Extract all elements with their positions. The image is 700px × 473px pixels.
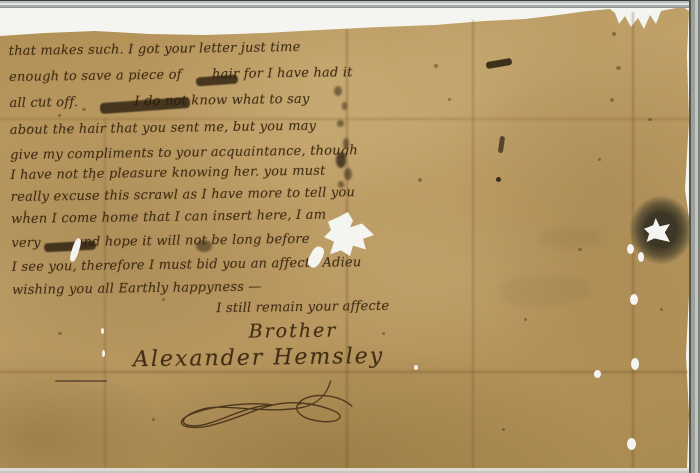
- fold-line-vertical-right-inner: [472, 20, 474, 468]
- scanner-edge-top: [0, 0, 700, 8]
- signature-flourish: [161, 378, 363, 434]
- scanner-edge-right: [689, 0, 700, 473]
- closing-relation: Brother: [249, 319, 338, 342]
- closing-line: I still remain your affecte: [216, 299, 389, 316]
- letter-line: enough to save a piece of hair for I hav…: [9, 65, 353, 85]
- letter-line: wishing you all Earthly happyness —: [12, 279, 262, 297]
- paper-speck: [434, 64, 438, 68]
- paper-hole-small: [638, 252, 644, 262]
- letter-line: about the hair that you sent me, but you…: [10, 119, 317, 138]
- paper-speck: [616, 66, 621, 70]
- letter-line: when I come home that I can insert here,…: [11, 208, 326, 227]
- paper-speck: [610, 98, 614, 102]
- paper-hole-small: [630, 294, 638, 305]
- paper-speck: [418, 178, 422, 182]
- bleed-through-ghost: [540, 228, 600, 248]
- paper-hole-small: [627, 438, 636, 450]
- scan-bed-bottom-strip: [0, 468, 700, 473]
- letter-line: that makes such. I got your letter just …: [9, 40, 301, 59]
- paper-speck: [660, 308, 663, 311]
- paper-speck: [578, 248, 582, 251]
- paper-hole-small: [414, 365, 418, 370]
- paper-hole-small: [631, 358, 639, 370]
- debris-mark: [496, 177, 501, 182]
- document-scan: that makes such. I got your letter just …: [0, 0, 700, 473]
- letter-line: give my compliments to your acquaintance…: [10, 143, 358, 163]
- paper-speck: [648, 118, 652, 121]
- letter-line: really excuse this scrawl as I have more…: [11, 185, 356, 205]
- paper-speck: [598, 158, 601, 161]
- paper-hole-small: [102, 350, 105, 357]
- paper-hole-small: [627, 244, 634, 254]
- paper-hole-small: [594, 370, 601, 378]
- paper-speck: [448, 98, 451, 101]
- signature-name: Alexander Hemsley: [133, 344, 384, 373]
- paper-speck: [612, 32, 616, 36]
- letter-line: I have not the pleasure knowing her. you…: [10, 164, 325, 183]
- paper-speck: [502, 428, 505, 431]
- paper-speck: [524, 318, 527, 321]
- paper-hole-small: [101, 328, 104, 334]
